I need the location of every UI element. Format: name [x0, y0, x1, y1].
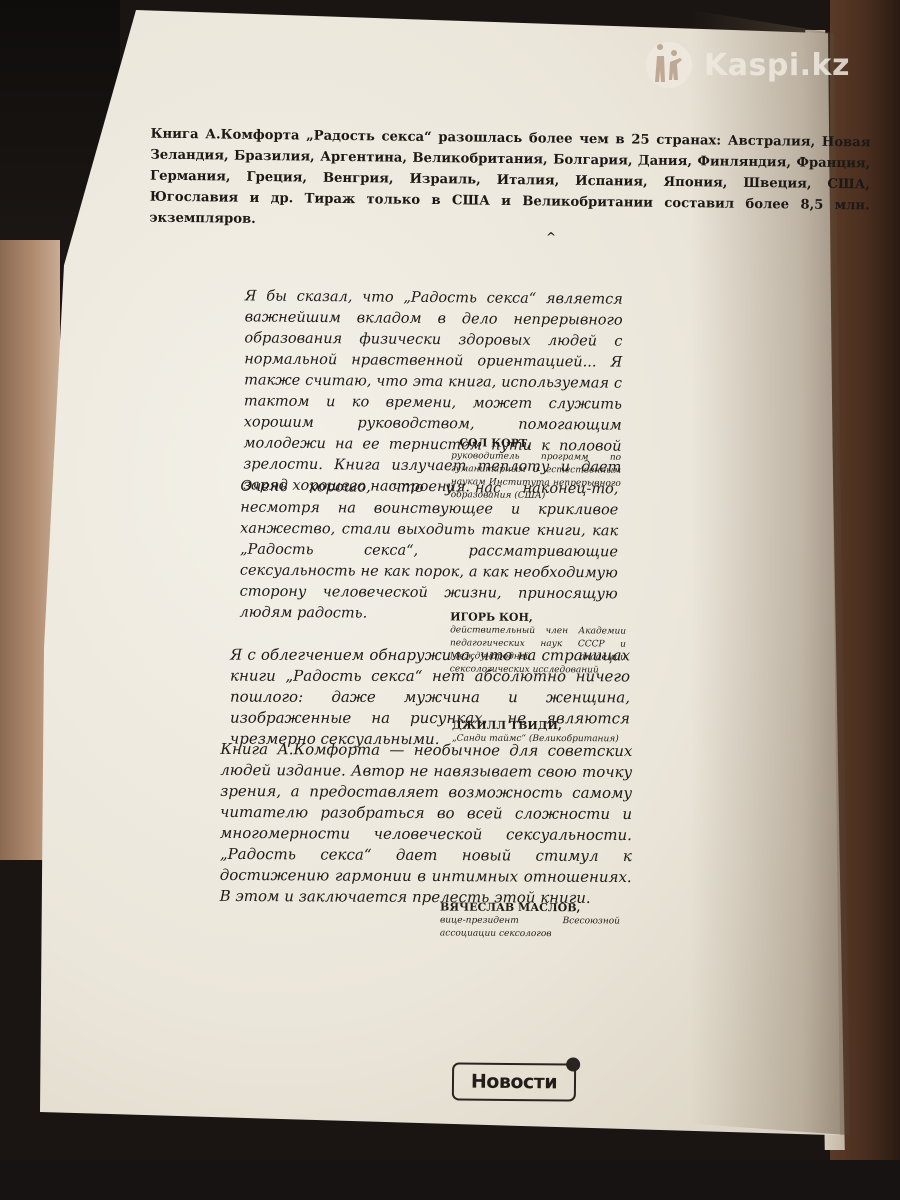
intro-paragraph: Книга А.Комфорта „Радость секса“ разошла… — [149, 124, 870, 238]
reviewer-name: ИГОРЬ КОН, — [450, 609, 626, 625]
background-bottom — [0, 1160, 900, 1200]
publisher-logo: Новости — [452, 1062, 576, 1101]
review-quote-2: Очень хорошо, что у нас наконец-то, несм… — [239, 477, 618, 627]
review-quote-4: Книга А.Комфорта — необычное для советск… — [220, 739, 633, 909]
globe-icon — [566, 1057, 580, 1071]
reviewer-name: СОЛ КОРТ, — [451, 435, 621, 452]
print-mark: ^ — [546, 230, 556, 244]
kaspi-watermark: Kaspi.kz — [646, 40, 850, 90]
reviewer-role: вице-президент Всесоюзной ассоциации сек… — [440, 915, 620, 942]
reviewer-name: ДЖИЛЛ ТВИДИ, — [452, 718, 632, 734]
review-attribution-4: ВЯЧЕСЛАВ МАСЛОВ, вице-президент Всесоюзн… — [440, 900, 620, 942]
watermark-text: Kaspi.kz — [704, 48, 850, 83]
publisher-name: Новости — [471, 1071, 557, 1094]
reviewer-name: ВЯЧЕСЛАВ МАСЛОВ, — [440, 900, 620, 916]
family-silhouette-icon — [646, 42, 692, 88]
